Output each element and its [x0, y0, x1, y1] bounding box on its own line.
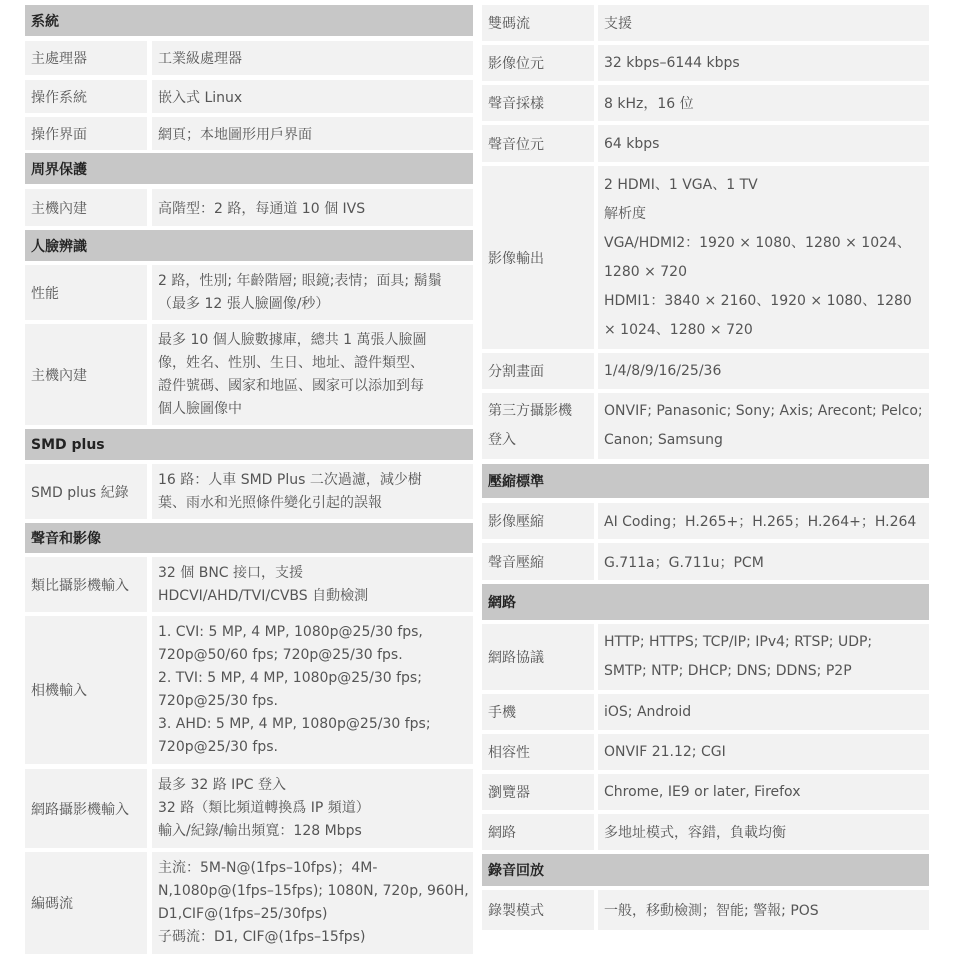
row-value: 支援: [598, 5, 929, 41]
row-value: 1. CVI: 5 MP, 4 MP, 1080p@25/30 fps, 720…: [152, 616, 473, 764]
row-label: 類比攝影機輸入: [25, 557, 147, 612]
table-row: 網路 多地址模式，容錯，負載均衡: [482, 814, 929, 850]
table-row: 網路攝影機輸入 最多 32 路 IPC 登入 32 路（類比頻道轉換爲 IP 頻…: [25, 769, 473, 848]
table-row: 類比攝影機輸入 32 個 BNC 接口，支援 HDCVI/AHD/TVI/CVB…: [25, 557, 473, 612]
row-value: 多地址模式，容錯，負載均衡: [598, 814, 929, 850]
row-value: ONVIF; Panasonic; Sony; Axis; Arecont; P…: [598, 393, 929, 459]
section-header-compression: 壓縮標準: [482, 464, 929, 498]
row-label: 聲音位元: [482, 125, 594, 162]
row-value: 嵌入式 Linux: [152, 80, 473, 113]
row-value: 2 HDMI、1 VGA、1 TV 解析度 VGA/HDMI2：1920 × 1…: [598, 166, 929, 349]
row-label: 主機內建: [25, 324, 147, 425]
table-row: 主機內建 最多 10 個人臉數據庫，總共 1 萬張人臉圖 像，姓名、性別、生日、…: [25, 324, 473, 425]
row-label: 分割畫面: [482, 353, 594, 389]
row-label: 網路: [482, 814, 594, 850]
row-value: 主流：5M-N@(1fps–10fps)；4M- N,1080p@(1fps–1…: [152, 852, 473, 954]
row-value: 16 路：人車 SMD Plus 二次過濾，減少樹 葉、雨水和光照條件變化引起的…: [152, 464, 473, 519]
table-row: 影像壓縮 AI Coding；H.265+；H.265；H.264+；H.264: [482, 503, 929, 539]
row-label: SMD plus 紀錄: [25, 464, 147, 519]
row-value: iOS; Android: [598, 694, 929, 730]
section-header-face-recognition: 人臉辨識: [25, 230, 473, 261]
row-value: AI Coding；H.265+；H.265；H.264+；H.264: [598, 503, 929, 539]
row-label: 影像壓縮: [482, 503, 594, 539]
row-value: ONVIF 21.12; CGI: [598, 734, 929, 770]
table-row: 手機 iOS; Android: [482, 694, 929, 730]
row-value: 32 個 BNC 接口，支援 HDCVI/AHD/TVI/CVBS 自動檢測: [152, 557, 473, 612]
table-row: 主機內建 高階型：2 路，每通道 10 個 IVS: [25, 189, 473, 226]
row-label: 相容性: [482, 734, 594, 770]
row-label: 影像輸出: [482, 166, 594, 349]
row-value: 一般，移動檢測；智能; 警報; POS: [598, 890, 929, 930]
row-label: 性能: [25, 265, 147, 320]
row-value: 網頁；本地圖形用戶界面: [152, 117, 473, 150]
table-row: 性能 2 路，性別; 年齡階層; 眼鏡;表情；面具; 鬍鬚 （最多 12 張人臉…: [25, 265, 473, 320]
row-label: 雙碼流: [482, 5, 594, 41]
row-label: 聲音採樣: [482, 85, 594, 121]
row-label: 手機: [482, 694, 594, 730]
row-value: 1/4/8/9/16/25/36: [598, 353, 929, 389]
row-label: 操作界面: [25, 117, 147, 150]
row-value: 高階型：2 路，每通道 10 個 IVS: [152, 189, 473, 226]
row-value: 2 路，性別; 年齡階層; 眼鏡;表情；面具; 鬍鬚 （最多 12 張人臉圖像/…: [152, 265, 473, 320]
row-label: 操作系統: [25, 80, 147, 113]
row-value: 最多 32 路 IPC 登入 32 路（類比頻道轉換爲 IP 頻道） 輸入/紀錄…: [152, 769, 473, 848]
row-label: 網路攝影機輸入: [25, 769, 147, 848]
table-row: 聲音壓縮 G.711a；G.711u；PCM: [482, 543, 929, 580]
table-row: 相機輸入 1. CVI: 5 MP, 4 MP, 1080p@25/30 fps…: [25, 616, 473, 764]
row-label: 瀏覽器: [482, 774, 594, 810]
table-row: 雙碼流 支援: [482, 5, 929, 41]
table-row: 影像位元 32 kbps–6144 kbps: [482, 45, 929, 81]
table-row: 分割畫面 1/4/8/9/16/25/36: [482, 353, 929, 389]
table-row: 第三方攝影機 登入 ONVIF; Panasonic; Sony; Axis; …: [482, 393, 929, 459]
table-row: 錄製模式 一般，移動檢測；智能; 警報; POS: [482, 890, 929, 930]
table-row: 聲音採樣 8 kHz，16 位: [482, 85, 929, 121]
section-header-perimeter: 周界保護: [25, 153, 473, 184]
row-value: 64 kbps: [598, 125, 929, 162]
table-row: 編碼流 主流：5M-N@(1fps–10fps)；4M- N,1080p@(1f…: [25, 852, 473, 954]
table-row: SMD plus 紀錄 16 路：人車 SMD Plus 二次過濾，減少樹 葉、…: [25, 464, 473, 519]
section-header-system: 系統: [25, 5, 473, 36]
row-label: 主處理器: [25, 41, 147, 75]
row-label: 錄製模式: [482, 890, 594, 930]
row-value: 最多 10 個人臉數據庫，總共 1 萬張人臉圖 像，姓名、性別、生日、地址、證件…: [152, 324, 473, 425]
table-row: 聲音位元 64 kbps: [482, 125, 929, 162]
row-value: G.711a；G.711u；PCM: [598, 543, 929, 580]
row-label: 聲音壓縮: [482, 543, 594, 580]
row-value: HTTP; HTTPS; TCP/IP; IPv4; RTSP; UDP; SM…: [598, 624, 929, 690]
row-value: Chrome, IE9 or later, Firefox: [598, 774, 929, 810]
row-label: 編碼流: [25, 852, 147, 954]
row-label: 相機輸入: [25, 616, 147, 764]
table-row: 瀏覽器 Chrome, IE9 or later, Firefox: [482, 774, 929, 810]
row-label: 第三方攝影機 登入: [482, 393, 594, 459]
row-value: 8 kHz，16 位: [598, 85, 929, 121]
table-row: 影像輸出 2 HDMI、1 VGA、1 TV 解析度 VGA/HDMI2：192…: [482, 166, 929, 349]
section-header-audio-video: 聲音和影像: [25, 523, 473, 553]
table-row: 相容性 ONVIF 21.12; CGI: [482, 734, 929, 770]
table-row: 操作系統 嵌入式 Linux: [25, 80, 473, 113]
row-label: 網路協議: [482, 624, 594, 690]
section-header-network: 網路: [482, 584, 929, 620]
table-row: 網路協議 HTTP; HTTPS; TCP/IP; IPv4; RTSP; UD…: [482, 624, 929, 690]
table-row: 操作界面 網頁；本地圖形用戶界面: [25, 117, 473, 150]
row-label: 影像位元: [482, 45, 594, 81]
table-row: 主處理器 工業級處理器: [25, 41, 473, 75]
section-header-smd-plus: SMD plus: [25, 429, 473, 460]
section-header-recording-playback: 錄音回放: [482, 854, 929, 886]
row-label: 主機內建: [25, 189, 147, 226]
row-value: 工業級處理器: [152, 41, 473, 75]
row-value: 32 kbps–6144 kbps: [598, 45, 929, 81]
